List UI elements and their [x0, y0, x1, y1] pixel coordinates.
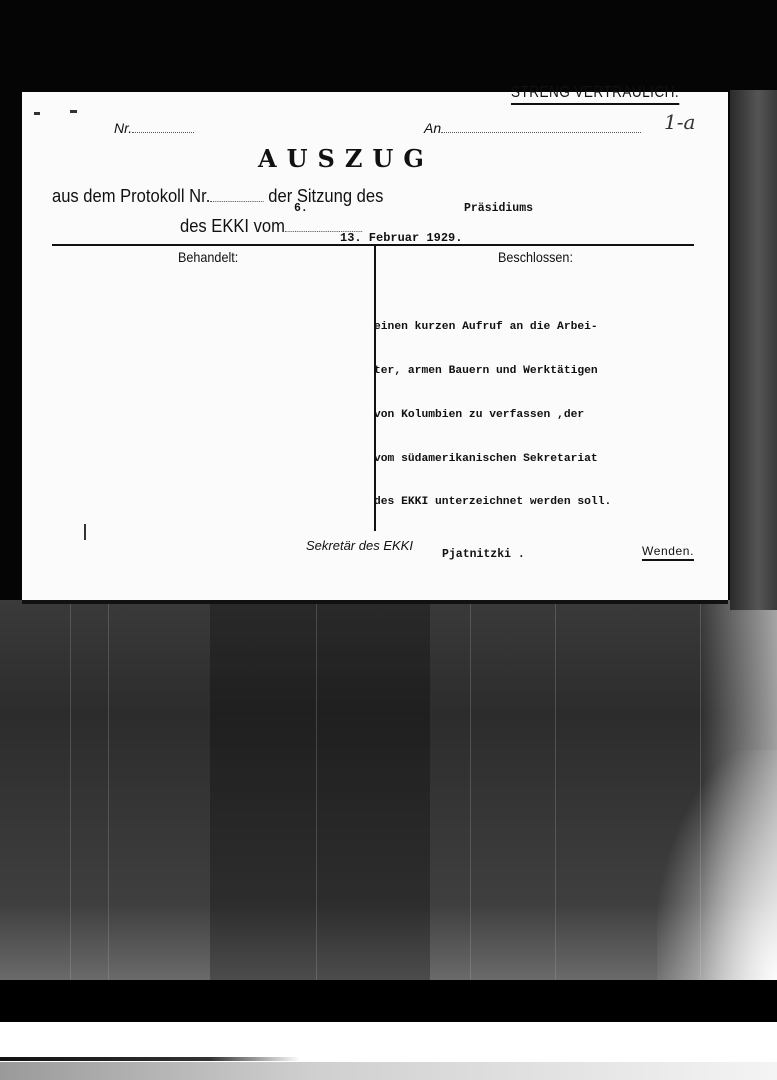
film-edge [730, 90, 777, 610]
decision-text: einen kurzen Aufruf an die Arbei- ter, a… [374, 291, 611, 539]
header-divider [52, 244, 694, 246]
body-name: Präsidiums [464, 202, 533, 215]
nr-field: Nr. [114, 120, 194, 138]
decision-line: vom südamerikanischen Sekretariat [374, 452, 611, 467]
confidential-stamp: STRENG VERTRAULICH. [511, 84, 679, 105]
decision-line: des EKKI unterzeichnet werden soll. [374, 495, 611, 510]
protocol-suffix: der Sitzung des [268, 186, 383, 206]
nr-label: Nr. [114, 120, 132, 136]
document-title: AUSZUG [258, 144, 434, 173]
protocol-extract-card: STRENG VERTRAULICH. 1-a Nr. An AUSZUG au… [22, 92, 728, 600]
ekki-date-line: des EKKI vom [180, 216, 362, 237]
ekki-prefix: des EKKI vom [180, 216, 285, 236]
meeting-date: 13. Februar 1929. [340, 231, 462, 245]
protocol-line: aus dem Protokoll Nr. der Sitzung des [52, 186, 383, 207]
decision-line: von Kolumbien zu verfassen ,der [374, 408, 611, 423]
film-frame-border [0, 980, 777, 1022]
protocol-number: 6. [294, 202, 308, 215]
signature-name: Pjatnitzki . [442, 548, 525, 561]
column-header-beschlossen: Beschlossen: [498, 249, 573, 265]
decision-line: ter, armen Bauern und Werktätigen [374, 364, 611, 379]
turn-over-note: Wenden. [642, 544, 694, 561]
protocol-prefix: aus dem Protokoll Nr. [52, 186, 210, 206]
an-label: An [424, 120, 441, 136]
handwritten-page-number: 1-a [664, 110, 695, 134]
an-field: An [424, 120, 641, 138]
column-header-behandelt: Behandelt: [178, 249, 238, 265]
microfilm-background [0, 600, 777, 980]
signature-label: Sekretär des EKKI [306, 538, 413, 553]
decision-line: einen kurzen Aufruf an die Arbei- [374, 320, 611, 335]
next-frame-edge [0, 1022, 777, 1080]
